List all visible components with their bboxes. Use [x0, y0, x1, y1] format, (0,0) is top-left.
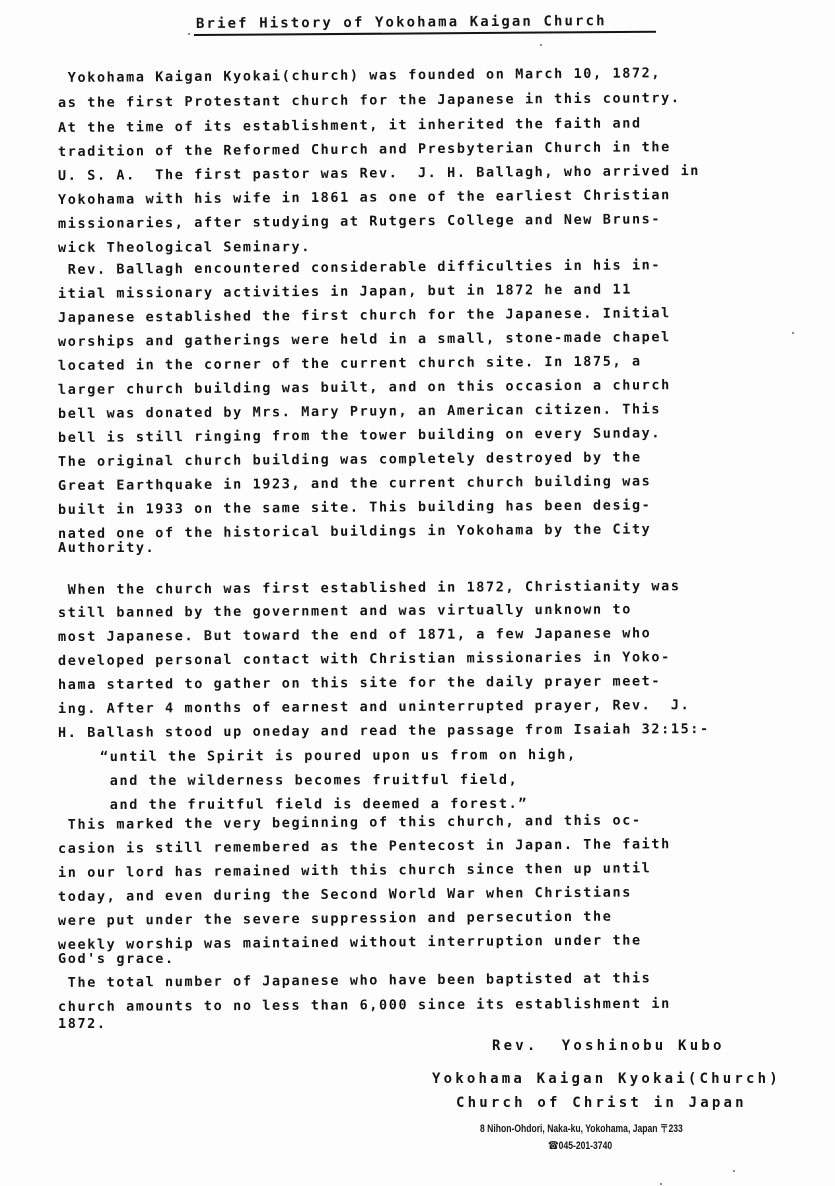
text-line: today, and even during the Second World … — [58, 884, 632, 905]
text-line: weekly worship was maintained without in… — [58, 932, 642, 953]
document-page: Brief History of Yokohama Kaigan Church … — [0, 0, 835, 1186]
text-line: Yokohama Kaigan Kyokai(church) was found… — [58, 65, 661, 86]
text-line: The original church building was complet… — [58, 449, 642, 470]
text-line: as the first Protestant church for the J… — [58, 90, 681, 111]
quote-line: and the fruitful field is deemed a fores… — [100, 796, 528, 813]
text-line: missionaries, after studying at Rutgers … — [58, 211, 661, 232]
quote-line: “until the Spirit is poured upon us from… — [100, 747, 577, 765]
quote-line: and the wilderness becomes fruitful fiel… — [100, 772, 518, 789]
text-line: built in 1933 on the same site. This bui… — [58, 497, 651, 518]
scan-speck — [733, 1170, 735, 1172]
scan-speck — [792, 332, 794, 334]
text-line: Japanese established the first church fo… — [58, 305, 671, 326]
text-line: Authority. — [58, 540, 155, 556]
text-line: U. S. A. The first pastor was Rev. J. H.… — [58, 163, 700, 184]
text-line: worships and gatherings were held in a s… — [58, 329, 671, 350]
text-line: God's grace. — [58, 951, 175, 967]
text-line: H. Ballash stood up oneday and read the … — [58, 721, 710, 741]
scan-speck — [540, 44, 542, 46]
text-line: larger church building was built, and on… — [58, 377, 671, 398]
scan-speck — [188, 33, 190, 35]
text-line: were put under the severe suppression an… — [58, 909, 613, 929]
text-line: This marked the very beginning of this c… — [58, 812, 642, 833]
scan-speck — [660, 1183, 662, 1185]
text-line: nated one of the historical buildings in… — [58, 521, 651, 542]
text-line: tradition of the Reformed Church and Pre… — [58, 139, 671, 160]
text-line: The total number of Japanese who have be… — [58, 970, 651, 991]
document-title: Brief History of Yokohama Kaigan Church — [196, 13, 607, 32]
text-line: At the time of its establishment, it inh… — [58, 115, 642, 136]
text-line: ing. After 4 months of earnest and unint… — [58, 697, 690, 717]
text-line: When the church was first established in… — [58, 578, 681, 598]
text-line: Rev. Ballagh encountered considerable di… — [58, 257, 661, 278]
text-line: in our lord has remained with this churc… — [58, 860, 651, 881]
text-line: Yokohama with his wife in 1861 as one of… — [58, 187, 671, 208]
text-line: Great Earthquake in 1923, and the curren… — [58, 473, 651, 494]
text-line: bell was donated by Mrs. Mary Pruyn, an … — [58, 401, 661, 422]
author-name: Rev. Yoshinobu Kubo — [492, 1038, 725, 1054]
text-line: bell is still ringing from the tower bui… — [58, 425, 661, 446]
church-name: Yokohama Kaigan Kyokai(Church) — [432, 1071, 781, 1087]
text-line: developed personal contact with Christia… — [58, 649, 671, 669]
text-line: itial missionary activities in Japan, bu… — [58, 281, 632, 302]
text-line: 1872. — [58, 1016, 107, 1032]
text-line: most Japanese. But toward the end of 187… — [58, 625, 651, 645]
text-line: wick Theological Seminary. — [58, 239, 311, 256]
church-address: 8 Nihon-Ohdori, Naka-ku, Yokohama, Japan… — [480, 1120, 683, 1136]
text-line: hama started to gather on this site for … — [58, 673, 661, 693]
text-line: located in the corner of the current chu… — [58, 353, 642, 374]
denomination: Church of Christ in Japan — [456, 1095, 747, 1111]
text-line: still banned by the government and was v… — [58, 601, 632, 621]
text-line: church amounts to no less than 6,000 sin… — [58, 996, 671, 1015]
church-phone: ☎045-201-3740 — [548, 1139, 612, 1152]
text-line: casion is still remembered as the Pentec… — [58, 836, 671, 857]
